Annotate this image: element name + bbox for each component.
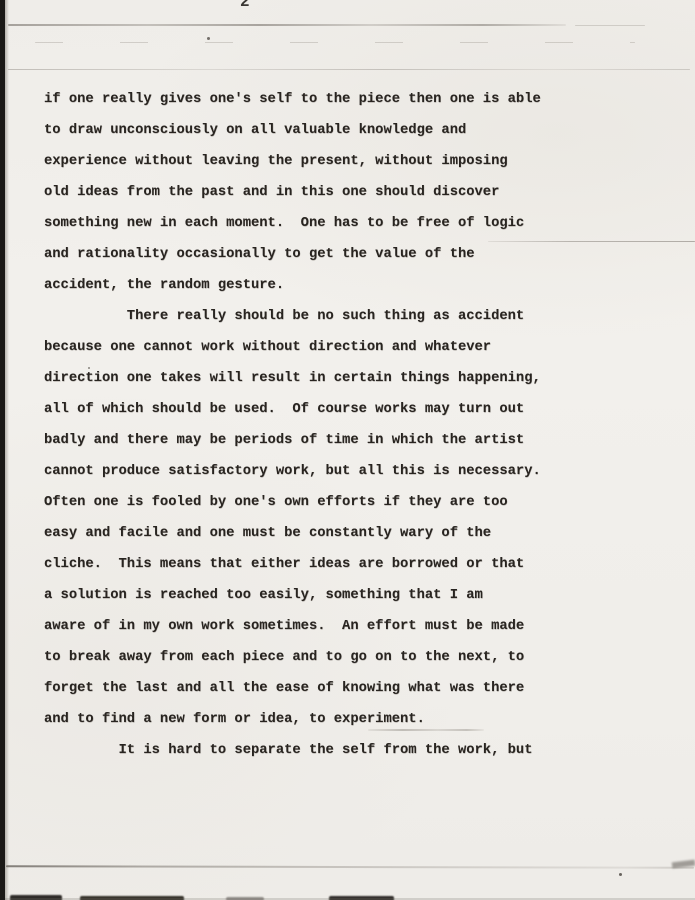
page-number: 2 bbox=[240, 0, 250, 11]
crease-dashes bbox=[35, 42, 635, 43]
left-scan-edge-bar bbox=[0, 0, 5, 900]
text-line: because one cannot work without directio… bbox=[44, 332, 664, 363]
text-line: Often one is fooled by one's own efforts… bbox=[44, 487, 664, 518]
text-line: It is hard to separate the self from the… bbox=[44, 735, 664, 766]
text-line: a solution is reached too easily, someth… bbox=[44, 580, 664, 611]
text-line: easy and facile and one must be constant… bbox=[44, 518, 664, 549]
text-line: to break away from each piece and to go … bbox=[44, 642, 664, 673]
text-line: cannot produce satisfactory work, but al… bbox=[44, 456, 664, 487]
text-line: direction one takes will result in certa… bbox=[44, 363, 664, 394]
crease-line-bottom bbox=[6, 865, 694, 868]
text-line: if one really gives one's self to the pi… bbox=[44, 84, 664, 115]
text-line: There really should be no such thing as … bbox=[44, 301, 664, 332]
text-line: and rationality occasionally to get the … bbox=[44, 239, 664, 270]
text-line: aware of in my own work sometimes. An ef… bbox=[44, 611, 664, 642]
crease-line-top-tail bbox=[575, 25, 645, 26]
text-line: all of which should be used. Of course w… bbox=[44, 394, 664, 425]
left-edge-shadow bbox=[5, 0, 9, 900]
typewritten-text: if one really gives one's self to the pi… bbox=[44, 84, 664, 766]
ink-speck-top bbox=[207, 37, 210, 40]
text-line: badly and there may be periods of time i… bbox=[44, 425, 664, 456]
text-line: to draw unconsciously on all valuable kn… bbox=[44, 115, 664, 146]
crease-line-top bbox=[8, 24, 566, 26]
text-line: and to find a new form or idea, to exper… bbox=[44, 704, 664, 735]
ink-speck-bottom bbox=[619, 873, 622, 876]
text-line: something new in each moment. One has to… bbox=[44, 208, 664, 239]
text-line: forget the last and all the ease of know… bbox=[44, 673, 664, 704]
text-line: accident, the random gesture. bbox=[44, 270, 664, 301]
text-line: experience without leaving the present, … bbox=[44, 146, 664, 177]
document-page: 2 if one really gives one's self to the … bbox=[0, 0, 695, 900]
text-line: cliche. This means that either ideas are… bbox=[44, 549, 664, 580]
crease-line-upper bbox=[8, 69, 690, 70]
text-line: old ideas from the past and in this one … bbox=[44, 177, 664, 208]
